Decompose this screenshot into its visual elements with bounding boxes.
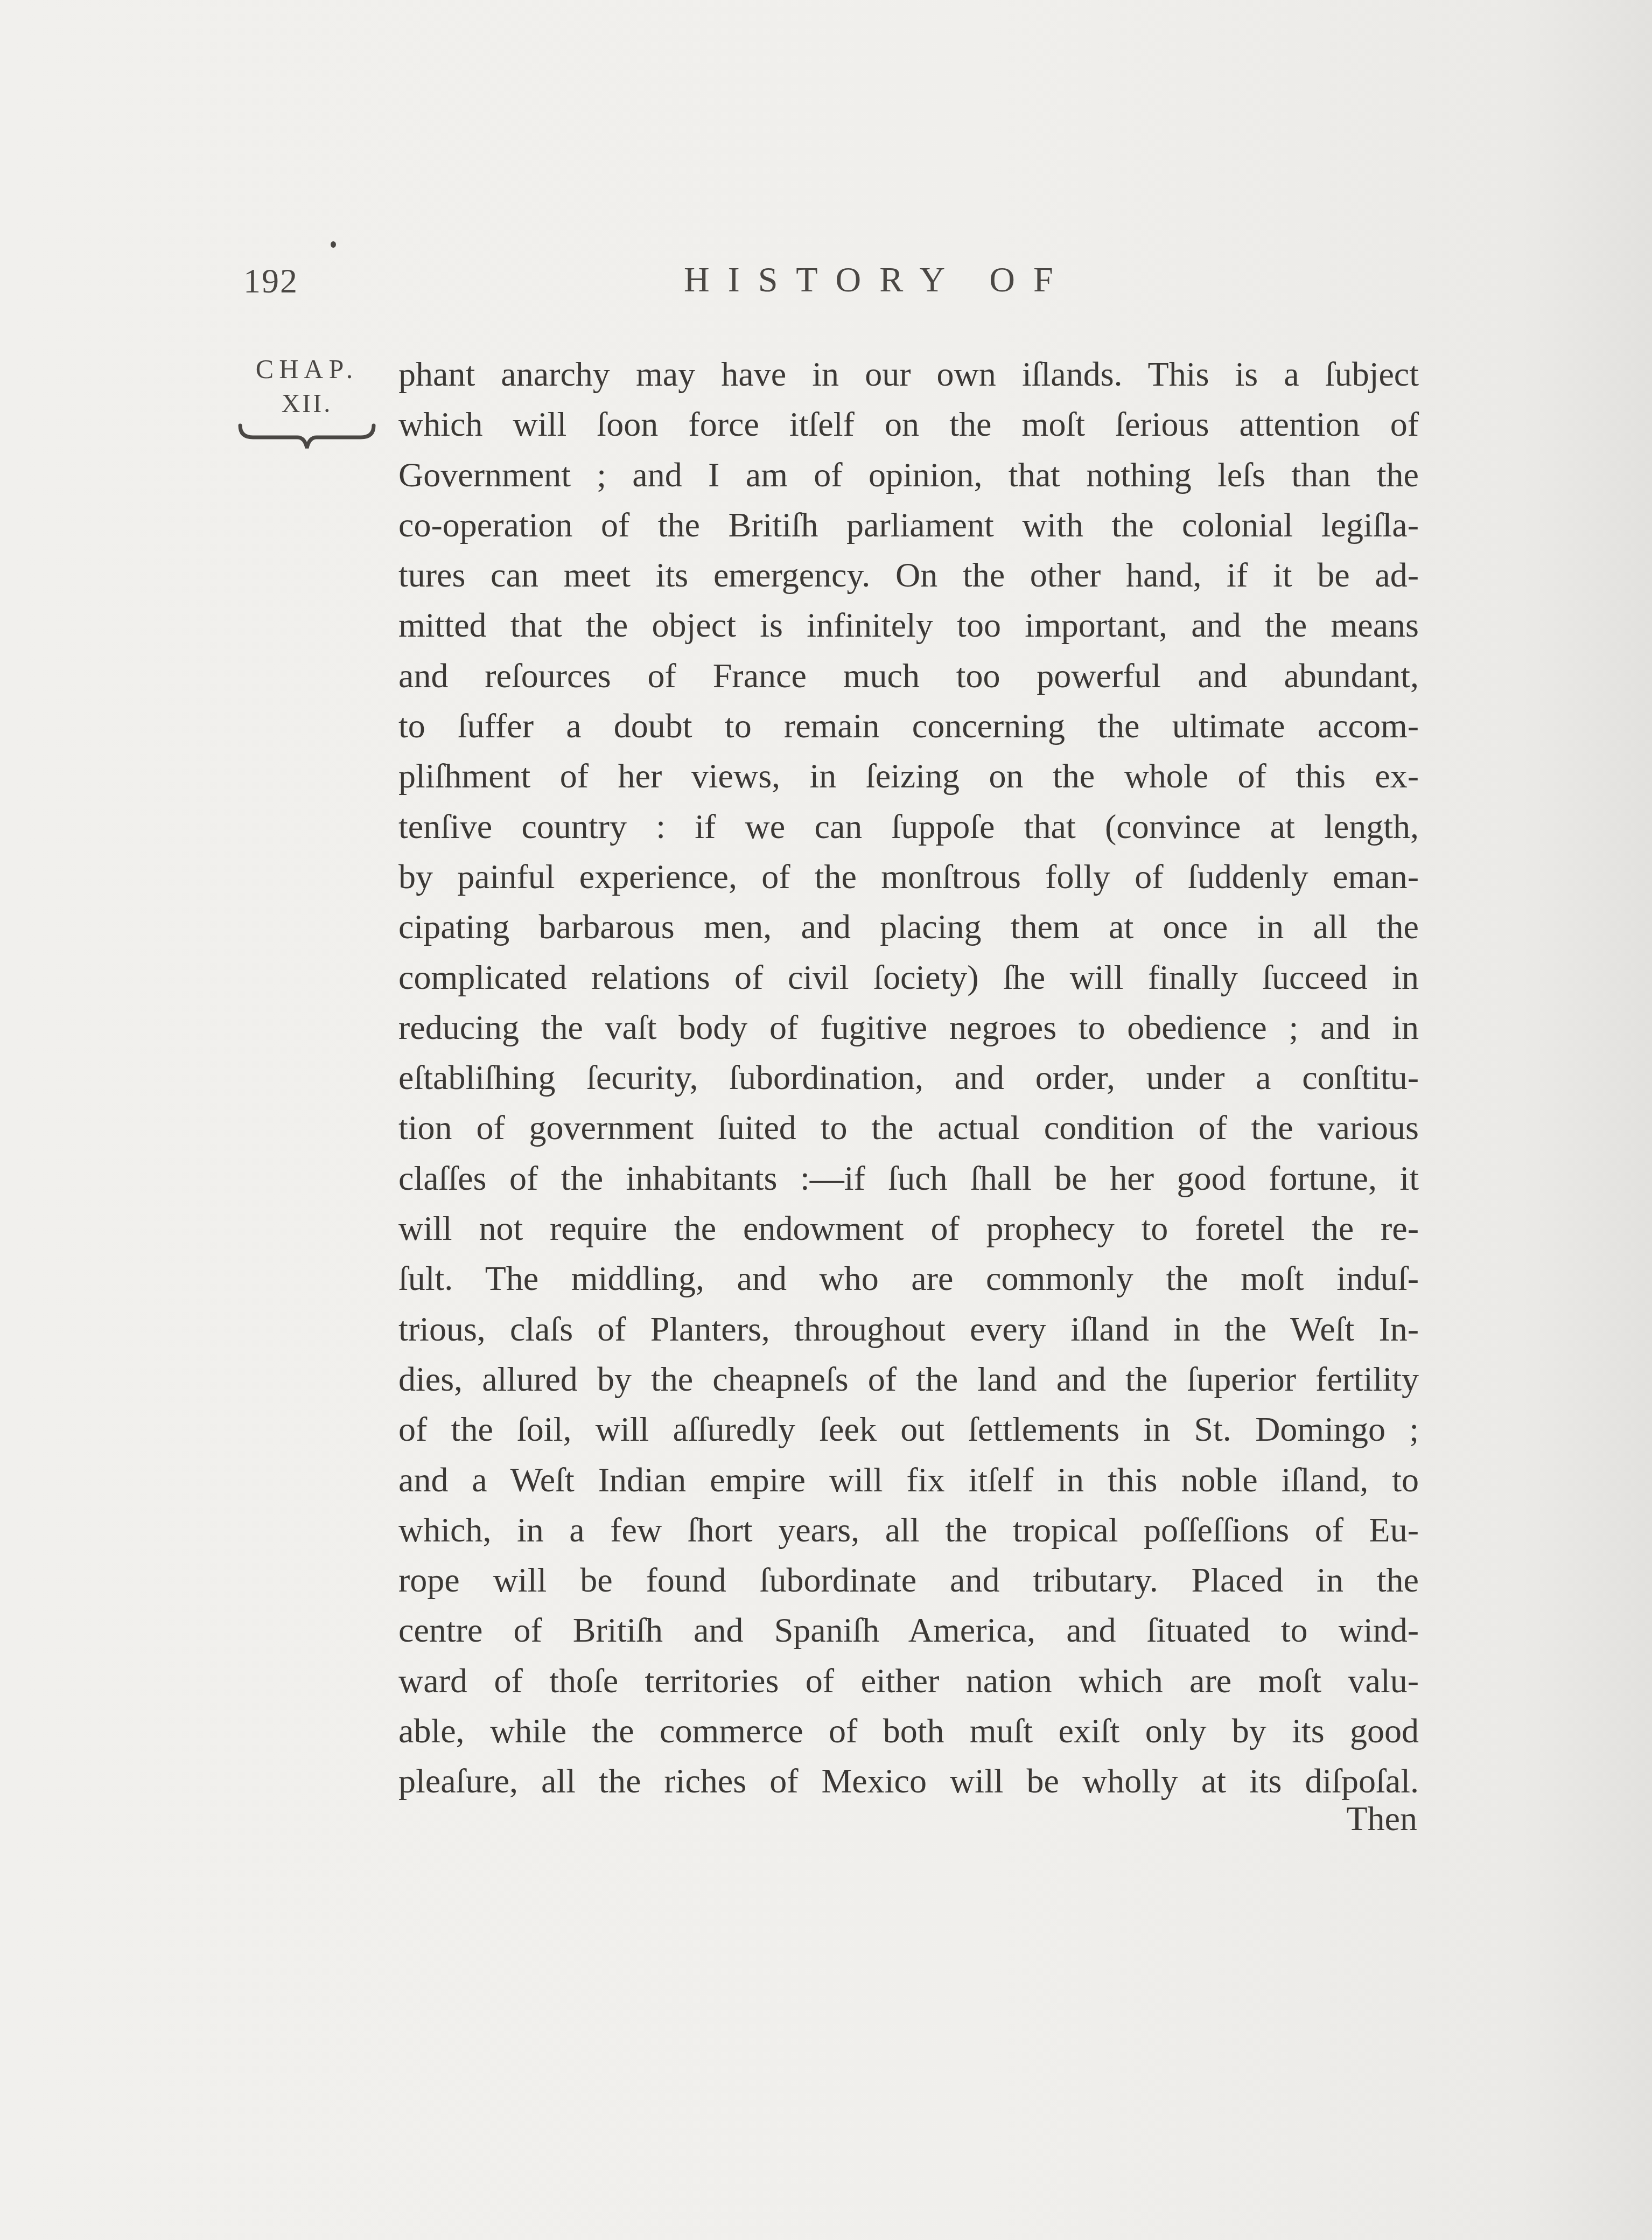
text-line: reducing the vaſt body of fugitive negro… <box>398 1002 1419 1052</box>
page-number: 192 <box>243 261 298 301</box>
text-line: ward of thoſe territories of either nati… <box>398 1656 1419 1706</box>
curly-brace-icon <box>237 423 377 450</box>
text-line: dies, allured by the cheapneſs of the la… <box>398 1354 1419 1404</box>
text-line: of the ſoil, will aſſuredly ſeek out ſet… <box>398 1404 1419 1454</box>
text-line: mitted that the object is infinitely too… <box>398 600 1419 650</box>
text-line: tion of government ſuited to the actual … <box>398 1102 1419 1153</box>
chapter-label: CHAP. <box>226 350 388 388</box>
text-line: tenſive country : if we can ſuppoſe that… <box>398 801 1419 852</box>
text-line: cipating barbarous men, and placing them… <box>398 902 1419 952</box>
text-line: Government ; and I am of opinion, that n… <box>398 450 1419 500</box>
text-line: and a Weſt Indian empire will fix itſelf… <box>398 1455 1419 1505</box>
text-line: complicated relations of civil ſociety) … <box>398 952 1419 1002</box>
text-line: able, while the commerce of both muſt ex… <box>398 1706 1419 1756</box>
text-line: and reſources of France much too powerfu… <box>398 651 1419 701</box>
text-line: will not require the endowment of prophe… <box>398 1203 1419 1253</box>
text-line: claſſes of the inhabitants :—if ſuch ſha… <box>398 1153 1419 1203</box>
text-line: centre of Britiſh and Spaniſh America, a… <box>398 1605 1419 1655</box>
text-line: eſtabliſhing ſecurity, ſubordination, an… <box>398 1052 1419 1102</box>
text-line: which will ſoon force itſelf on the moſt… <box>398 399 1419 449</box>
text-line: by painful experience, of the monſtrous … <box>398 852 1419 902</box>
text-line: pleaſure, all the riches of Mexico will … <box>398 1756 1419 1806</box>
text-line: co-operation of the Britiſh parliament w… <box>398 500 1419 550</box>
body-paragraph: phant anarchy may have in our own iſland… <box>398 349 1419 1806</box>
ink-speck <box>331 241 336 248</box>
text-line: tures can meet its emergency. On the oth… <box>398 550 1419 600</box>
chapter-number: XII. <box>226 388 388 420</box>
catchword: Then <box>1347 1799 1418 1839</box>
text-line: phant anarchy may have in our own iſland… <box>398 349 1419 399</box>
text-line: ſult. The middling, and who are commonly… <box>398 1253 1419 1303</box>
text-line: trious, claſs of Planters, throughout ev… <box>398 1304 1419 1354</box>
text-line: pliſhment of her views, in ſeizing on th… <box>398 751 1419 801</box>
chapter-marginal-note: CHAP. XII. <box>226 350 388 450</box>
book-page: 192 HISTORY OF CHAP. XII. phant anarchy … <box>0 0 1652 2240</box>
text-line: which, in a few ſhort years, all the tro… <box>398 1505 1419 1555</box>
text-line: rope will be found ſubordinate and tribu… <box>398 1555 1419 1605</box>
text-line: to ſuffer a doubt to remain concerning t… <box>398 701 1419 751</box>
running-title: HISTORY OF <box>684 260 1072 301</box>
